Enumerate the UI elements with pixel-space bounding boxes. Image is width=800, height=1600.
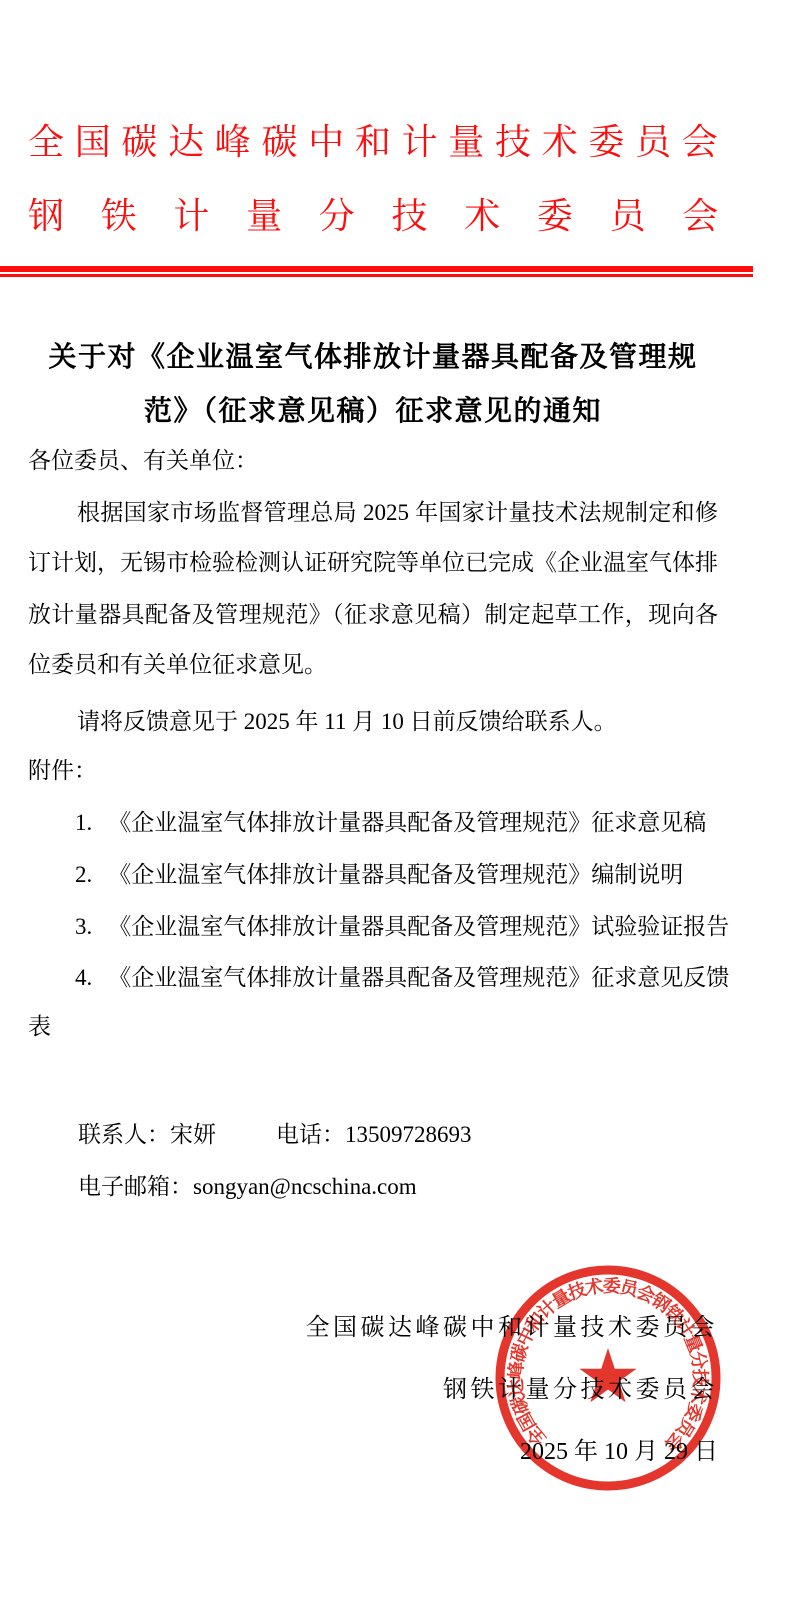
attachment-item: 2.《企业温室气体排放计量器具配备及管理规范》编制说明: [75, 849, 735, 901]
attachment-item: 4.《企业温室气体排放计量器具配备及管理规范》征求意见反馈: [75, 952, 735, 1004]
paragraph1-line: 位委员和有关单位征求意见。: [28, 639, 718, 691]
attachment-item4-wrap: 表: [28, 1001, 718, 1053]
attachment-item: 1.《企业温室气体排放计量器具配备及管理规范》征求意见稿: [75, 797, 735, 849]
attachment-item-text: 《企业温室气体排放计量器具配备及管理规范》试验验证报告: [108, 914, 729, 939]
email-line: 电子邮箱：songyan@ncschina.com: [78, 1161, 768, 1213]
attachment-item-number: 1.: [75, 797, 92, 849]
letterhead-line-1: 全国碳达峰碳中和计量技术委员会: [28, 112, 728, 172]
attachment-item-text: 《企业温室气体排放计量器具配备及管理规范》征求意见反馈: [108, 965, 729, 990]
letterhead-line-2: 钢铁计量分技术委员会: [28, 186, 728, 246]
contact-phone-number: 13509728693: [345, 1122, 472, 1147]
document-title-line-2: 范》（征求意见稿）征求意见的通知: [28, 381, 718, 441]
paragraph1-line: 根据国家市场监督管理总局 2025 年国家计量技术法规制定和修: [28, 487, 718, 539]
contact-email-address: songyan@ncschina.com: [193, 1174, 417, 1199]
document-page: 全国碳达峰碳中和计量技术委员会 钢铁计量分技术委员会 关于对《企业温室气体排放计…: [0, 0, 800, 1600]
salutation: 各位委员、有关单位：: [28, 435, 718, 487]
contact-line: 联系人：宋妍电话：13509728693: [78, 1109, 768, 1161]
contact-email-label: 电子邮箱：: [78, 1174, 193, 1199]
official-seal: 全国碳达峰碳中和计量技术委员会钢铁计量分技术委员会: [493, 1263, 723, 1493]
paragraph1-line: 订计划，无锡市检验检测认证研究院等单位已完成《企业温室气体排: [28, 537, 718, 589]
document-title-line-1: 关于对《企业温室气体排放计量器具配备及管理规: [28, 327, 718, 387]
contact-person-label: 联系人：: [78, 1122, 170, 1147]
attachment-item-number: 4.: [75, 952, 92, 1004]
attachment-item-text: 《企业温室气体排放计量器具配备及管理规范》征求意见稿: [108, 810, 706, 835]
contact-person-name: 宋妍: [170, 1122, 216, 1147]
contact-phone-label: 电话：: [276, 1122, 345, 1147]
red-divider-rule: [0, 266, 753, 277]
attachment-item: 3.《企业温室气体排放计量器具配备及管理规范》试验验证报告: [75, 901, 735, 953]
paragraph2: 请将反馈意见于 2025 年 11 月 10 日前反馈给联系人。: [28, 696, 718, 748]
attachments-label: 附件：: [28, 745, 718, 797]
paragraph1-line: 放计量器具配备及管理规范》（征求意见稿）制定起草工作，现向各: [28, 589, 718, 641]
attachment-item-number: 3.: [75, 901, 92, 953]
seal-star-icon: [579, 1348, 636, 1402]
attachment-item-text: 《企业温室气体排放计量器具配备及管理规范》编制说明: [108, 862, 683, 887]
attachment-item-number: 2.: [75, 849, 92, 901]
